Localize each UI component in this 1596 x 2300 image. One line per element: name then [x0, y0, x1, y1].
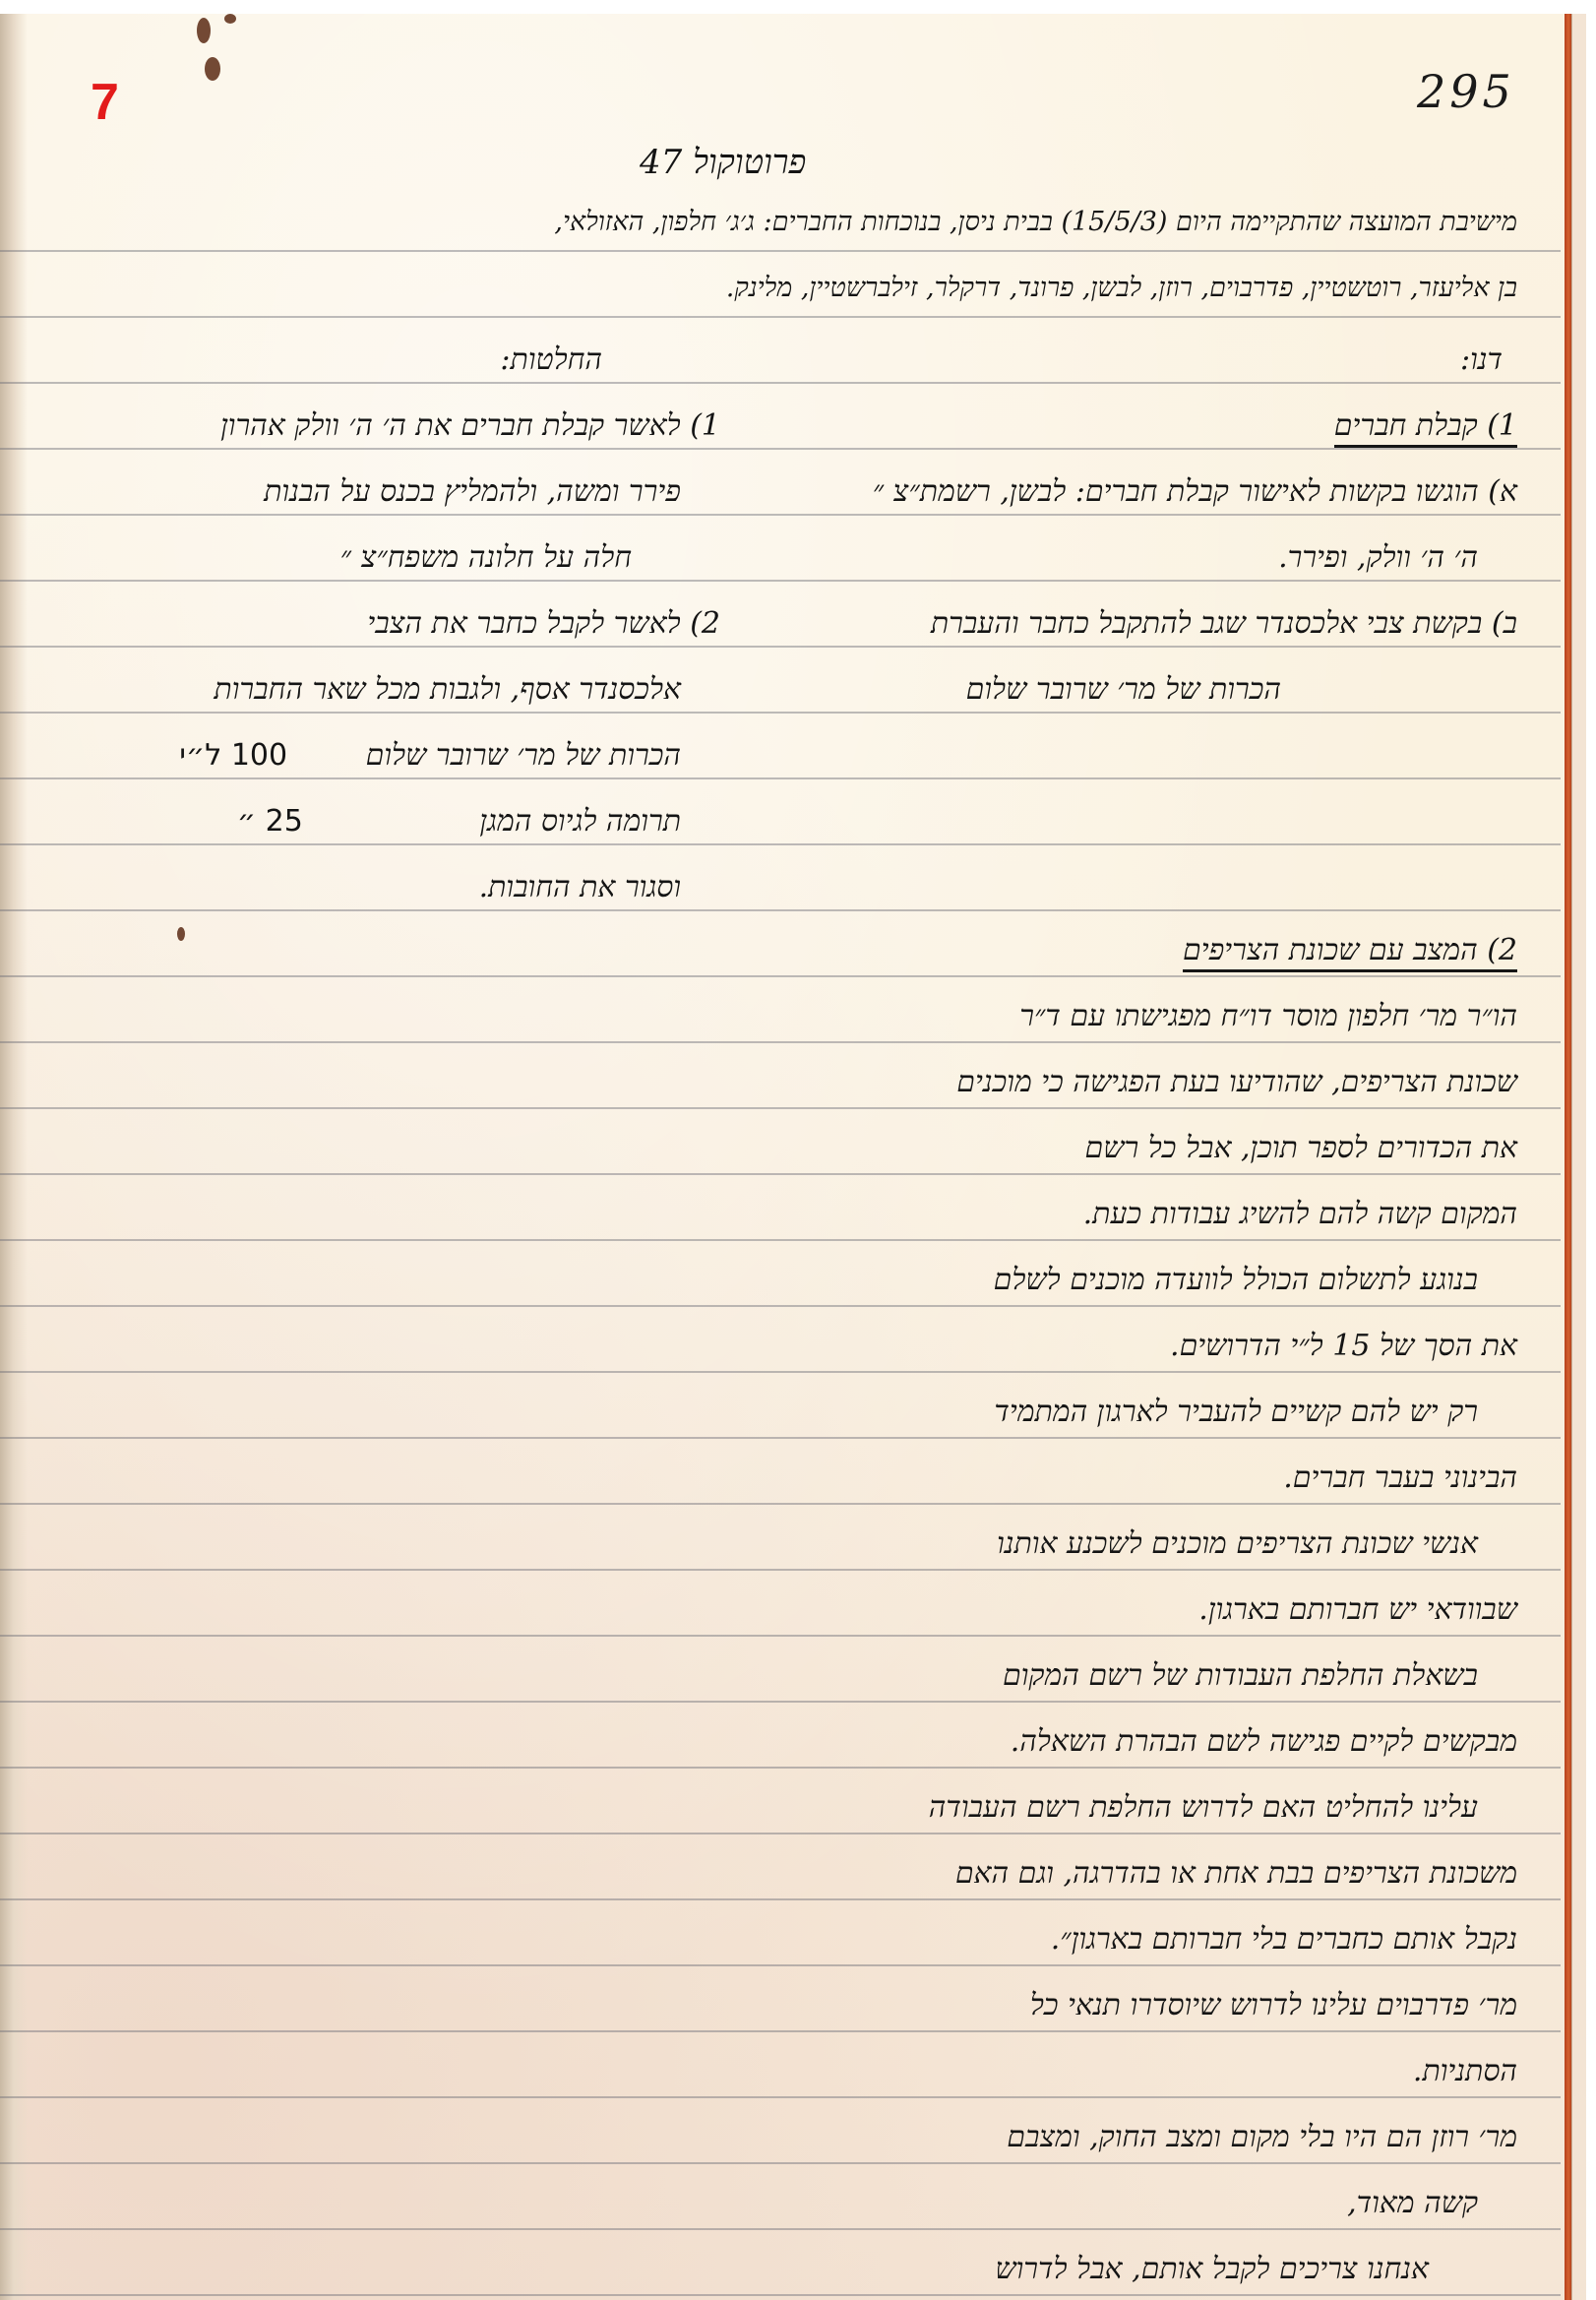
section-2-line: מר׳ פדרבוים עלינו לדרוש שיוסדרו תנאי כל: [789, 1972, 1517, 2038]
section-2-line: רק יש להם קשיים להעביר לארגון המתמיד: [789, 1379, 1517, 1445]
section-2-line: מבקשים לקיים פגישה לשם הבהרת השאלה.: [789, 1709, 1517, 1774]
section-2-line: שבוודאי יש חברותם בארגון.: [789, 1577, 1517, 1643]
section-1-item: הכרות של מר׳ שרובר שלום: [789, 656, 1517, 722]
section-1-heading: 1) קבלת חברים: [1334, 408, 1517, 448]
decision-line: 2) לאשר לקבל כחבר את הצבי: [12, 591, 720, 656]
section-2-line: נקבל אותם כחברים בלי חברותם בארגון״.: [789, 1906, 1517, 1972]
section-2-line: את הסך של 15 ל״י הדרושים.: [789, 1313, 1517, 1379]
section-2-line: הו״ר מר׳ חלפון מוסר דו״ח מפגישתו עם ד״ר: [789, 983, 1517, 1049]
fee-amount: 25 ״: [237, 804, 303, 839]
decision-line: פירר ומשה, ולהמליץ בכנס על הבנות: [12, 459, 720, 525]
ink-stain: [205, 57, 220, 81]
decisions-block: 1) לאשר קבלת חברים את ה׳ ה׳ וולק אהרון פ…: [12, 393, 720, 920]
fee-row: הכרות של מר׳ שרובר שלום 100 ל״י: [12, 722, 720, 788]
opening-line-2: בן אליעזר, רוטשטיין, פדרבוים, רוזן, לבשן…: [61, 255, 1517, 321]
ruled-line: [0, 382, 1561, 384]
section-2-line: את הכדורים לספר תוכן, אבל כל רשם: [789, 1115, 1517, 1181]
fee-amount: 100 ל״י: [179, 738, 287, 773]
section-2-heading: 2) המצב עם שכונת הצריפים: [1183, 933, 1517, 972]
ink-stain: [224, 14, 236, 24]
section-1: 1) קבלת חברים א) הוגשו בקשות לאישור קבלת…: [789, 393, 1517, 722]
decision-closing: וסגור את החובות.: [12, 854, 720, 920]
section-2-line: הסתניות.: [789, 2038, 1517, 2104]
section-2-line: מר׳ רוזן הם היו בלי מקום ומצב החוק, ומצב…: [789, 2104, 1517, 2170]
section-2-line: בשאלת החלפת העבודות של רשם המקום: [789, 1643, 1517, 1709]
section-2-line: אנשי שכונת הצריפים מוכנים לשכנע אותנו: [789, 1511, 1517, 1577]
section-2-line: המקום קשה להם להשיג עבודות כעת.: [789, 1181, 1517, 1247]
decision-line: אלכסנדר אסף, ולגבות מכל שאר החברות: [12, 656, 720, 722]
corner-mark: 7: [91, 73, 119, 132]
section-2-line: אנחנו צריכים לקבל אותם, אבל לדרוש: [789, 2236, 1517, 2300]
decisions-label: החלטות:: [500, 327, 602, 393]
section-1-item: א) הוגשו בקשות לאישור קבלת חברים: לבשן, …: [789, 459, 1517, 525]
decision-line: 1) לאשר קבלת חברים את ה׳ ה׳ וולק אהרון: [12, 393, 720, 459]
section-2-line: עלינו להחליט האם לדרוש החלפת רשם העבודה: [789, 1774, 1517, 1840]
decision-line: חלה על חלונה משפח״צ ״: [12, 525, 720, 591]
fee-row: תרומה לגיוס המגן 25 ״: [12, 788, 720, 854]
ink-stain: [197, 18, 211, 43]
section-2-line: קשה מאוד,: [789, 2170, 1517, 2236]
ink-stain: [177, 927, 185, 941]
section-2-line: הבינוני בעבר חברים.: [789, 1445, 1517, 1511]
section-2-line: בנוגע לתשלום הכולל לוועדה מוכנים לשלם: [789, 1247, 1517, 1313]
section-2: 2) המצב עם שכונת הצריפים הו״ר מר׳ חלפון …: [789, 917, 1517, 2300]
section-1-item: ה׳ ה׳ וולק, ופירר.: [789, 525, 1517, 591]
fee-label: תרומה לגיוס המגן: [479, 804, 681, 839]
page-number: 295: [1417, 65, 1515, 118]
protocol-title: פרוטוקול 47: [640, 130, 806, 196]
fee-label: הכרות של מר׳ שרובר שלום: [366, 738, 681, 773]
section-2-line: שכונת הצריפים, שהודיעו בעת הפגישה כי מוכ…: [789, 1049, 1517, 1115]
document-page: 7 295 פרוטוקול 47 מישיבת המועצה שהתקיימה…: [0, 14, 1586, 2300]
page-edge: [1571, 14, 1586, 2300]
opening-line-1: מישיבת המועצה שהתקיימה היום (15/5/3) בבי…: [61, 189, 1517, 255]
section-2-line: משכונת הצריפים בבת אחת או בהדרגה, וגם הא…: [789, 1840, 1517, 1906]
agenda-label: דנו:: [1460, 327, 1503, 393]
section-1-item: ב) בקשת צבי אלכסנדר שגב להתקבל כחבר והעב…: [789, 591, 1517, 656]
